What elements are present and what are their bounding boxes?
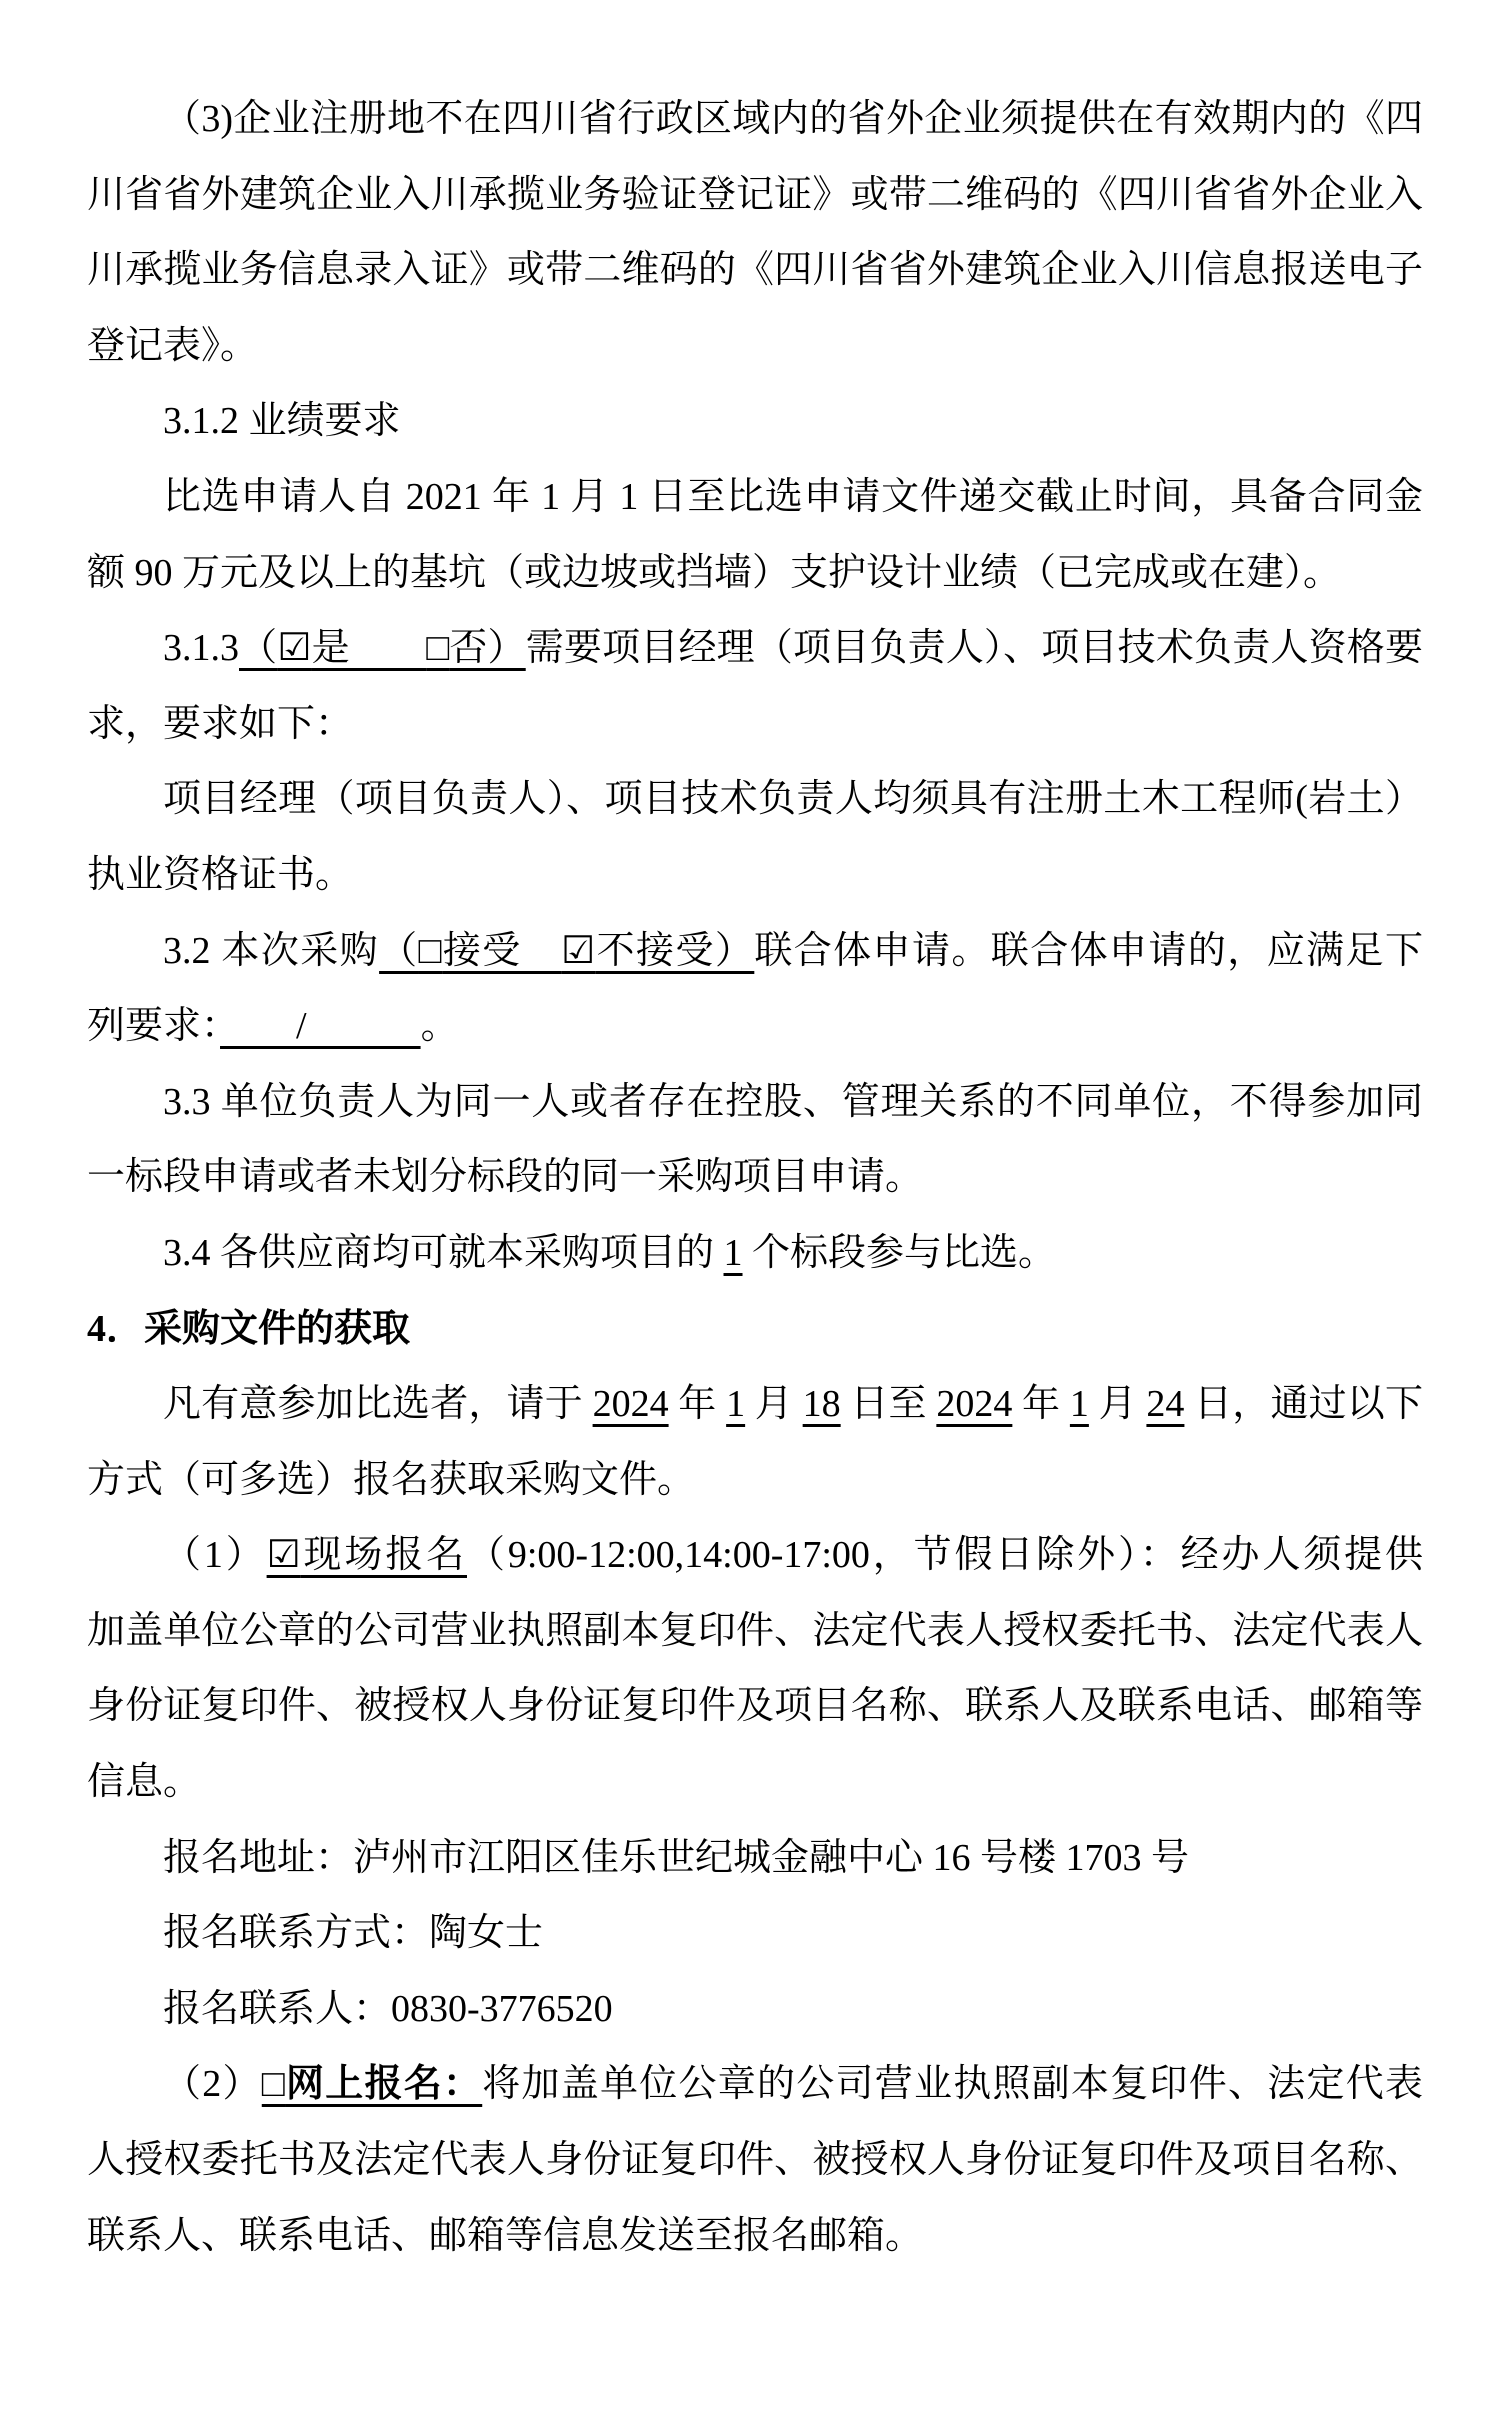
text-run: 日至 [841,1383,937,1425]
text-run: 现场报名 [301,1534,467,1576]
text-run: 比选申请人自 2021 年 1 月 1 日至比选申请文件递交截止时间，具备合同金 [163,476,1423,518]
text-run: 额 90 万元及以上的基坑（或边坡或挡墙）支护设计业绩（已完成或在建）。 [87,552,1341,594]
checkbox-checked-icon: ☑ [277,627,311,669]
text-line: 联系人、联系电话、邮箱等信息发送至报名邮箱。 [87,2199,1423,2275]
text-run: 2024 [936,1383,1012,1425]
text-run: 项目经理（项目负责人）、项目技术负责人均须具有注册土木工程师(岩土） [163,778,1423,820]
section-heading: 4．采购文件的获取 [87,1292,1423,1368]
text-line: 加盖单位公章的公司营业执照副本复印件、法定代表人授权委托书、法定代表人 [87,1594,1423,1670]
text-run: 1 [726,1383,745,1425]
text-run: 3.1.2 业绩要求 [163,400,401,442]
text-run: 方式（可多选）报名获取采购文件。 [87,1459,695,1501]
text-run: 是 [311,627,426,669]
clause-line: 3.1.3（☑是 □否）需要项目经理（项目负责人）、项目技术负责人资格要 [87,611,1423,687]
text-run: 2024 [593,1383,669,1425]
clause-line: 3.4 各供应商均可就本采购项目的 1 个标段参与比选。 [87,1216,1423,1292]
text-run: 3.1.3 [163,627,239,669]
text-run: 否） [449,627,525,669]
text-run: 年 [1012,1383,1070,1425]
registration-phone-line: 报名联系人：0830-3776520 [87,1972,1423,2048]
text-run: 将加盖单位公章的公司营业执照副本复印件、法定代表 [482,2063,1423,2105]
text-run: 执业资格证书。 [87,854,353,896]
text-run: 。 [421,1005,459,1047]
clause-line: 3.3 单位负责人为同一人或者存在控股、管理关系的不同单位，不得参加同 [87,1065,1423,1141]
text-run: 列要求： [87,1005,220,1047]
text-run: 3.4 各供应商均可就本采购项目的 [163,1232,724,1274]
text-run: 月 [745,1383,803,1425]
text-line: 人授权委托书及法定代表人身份证复印件、被授权人身份证复印件及项目名称、 [87,2123,1423,2199]
text-run: 报名联系方式：陶女士 [163,1912,543,1954]
text-run: 月 [1089,1383,1147,1425]
text-run: 人授权委托书及法定代表人身份证复印件、被授权人身份证复印件及项目名称、 [87,2139,1423,2181]
document-page: （3)企业注册地不在四川省行政区域内的省外企业须提供在有效期内的《四川省省外建筑… [0,0,1500,2435]
text-run: 个标段参与比选。 [743,1232,1057,1274]
checkbox-checked-icon: ☑ [267,1534,301,1576]
text-run: 1 [1070,1383,1089,1425]
text-run: 加盖单位公章的公司营业执照副本复印件、法定代表人授权委托书、法定代表人 [87,1610,1423,1652]
text-run: 身份证复印件、被授权人身份证复印件及项目名称、联系人及联系电话、邮箱等 [87,1685,1423,1727]
text-line: 求，要求如下： [87,687,1423,763]
text-line: 项目经理（项目负责人）、项目技术负责人均须具有注册土木工程师(岩土） [87,762,1423,838]
list-item-line: （2）□网上报名：将加盖单位公章的公司营业执照副本复印件、法定代表 [87,2047,1423,2123]
text-line: （3)企业注册地不在四川省行政区域内的省外企业须提供在有效期内的《四 [87,82,1423,158]
text-run: （2） [163,2063,262,2105]
text-run: 网上报名： [286,2063,482,2105]
text-run: 不接受） [595,930,754,972]
text-run: 4．采购文件的获取 [87,1308,410,1350]
text-line: 凡有意参加比选者，请于 2024 年 1 月 18 日至 2024 年 1 月 … [87,1367,1423,1443]
text-line: 方式（可多选）报名获取采购文件。 [87,1443,1423,1519]
text-line: 登记表》。 [87,309,1423,385]
clause-line: 3.2 本次采购（□接受 ☑不接受）联合体申请。联合体申请的，应满足下 [87,914,1423,990]
text-run: （3)企业注册地不在四川省行政区域内的省外企业须提供在有效期内的《四 [163,98,1423,140]
text-run: 日，通过以下 [1184,1383,1423,1425]
text-run: 信息。 [87,1761,201,1803]
text-run: （9:00-12:00,14:00-17:00，节假日除外）：经办人须提供 [467,1534,1423,1576]
text-run: 1 [724,1232,743,1274]
registration-address-line: 报名地址：泸州市江阳区佳乐世纪城金融中心 16 号楼 1703 号 [87,1821,1423,1897]
text-run: 求，要求如下： [87,703,353,745]
text-run: 川承揽业务信息录入证》或带二维码的《四川省省外建筑企业入川信息报送电子 [87,249,1423,291]
text-run: 联系人、联系电话、邮箱等信息发送至报名邮箱。 [87,2215,923,2257]
text-run: 登记表》。 [87,325,258,367]
text-run: 年 [669,1383,727,1425]
text-line: 身份证复印件、被授权人身份证复印件及项目名称、联系人及联系电话、邮箱等 [87,1669,1423,1745]
checkbox-unchecked-icon: □ [419,930,443,972]
text-run: 24 [1146,1383,1184,1425]
text-run: （ [239,627,277,669]
text-line: 执业资格证书。 [87,838,1423,914]
text-line: 一标段申请或者未划分标段的同一采购项目申请。 [87,1140,1423,1216]
text-line: 川承揽业务信息录入证》或带二维码的《四川省省外建筑企业入川信息报送电子 [87,233,1423,309]
registration-contact-line: 报名联系方式：陶女士 [87,1896,1423,1972]
clause-heading-line: 3.1.2 业绩要求 [87,384,1423,460]
text-run: 接受 [443,930,561,972]
checkbox-unchecked-icon: □ [426,627,449,669]
text-line: 信息。 [87,1745,1423,1821]
text-run: 报名联系人：0830-3776520 [163,1988,613,2030]
text-run: （1） [163,1534,267,1576]
text-line: 川省省外建筑企业入川承揽业务验证登记证》或带二维码的《四川省省外企业入 [87,158,1423,234]
text-run: 18 [803,1383,841,1425]
text-run: 需要项目经理（项目负责人）、项目技术负责人资格要 [526,627,1423,669]
text-run: 3.2 本次采购 [163,930,379,972]
text-run: 联合体申请。联合体申请的，应满足下 [754,930,1423,972]
text-run: （ [379,930,418,972]
text-run: 报名地址：泸州市江阳区佳乐世纪城金融中心 16 号楼 1703 号 [163,1837,1189,1879]
text-run: 3.3 单位负责人为同一人或者存在控股、管理关系的不同单位，不得参加同 [163,1081,1423,1123]
text-line: 额 90 万元及以上的基坑（或边坡或挡墙）支护设计业绩（已完成或在建）。 [87,536,1423,612]
text-run: 凡有意参加比选者，请于 [163,1383,593,1425]
list-item-line: （1）☑现场报名（9:00-12:00,14:00-17:00，节假日除外）：经… [87,1518,1423,1594]
checkbox-checked-icon: ☑ [561,930,595,972]
text-run: / [220,1005,421,1047]
text-run: 一标段申请或者未划分标段的同一采购项目申请。 [87,1156,923,1198]
text-line: 列要求： / 。 [87,989,1423,1065]
text-run: 川省省外建筑企业入川承揽业务验证登记证》或带二维码的《四川省省外企业入 [87,174,1423,216]
text-line: 比选申请人自 2021 年 1 月 1 日至比选申请文件递交截止时间，具备合同金 [87,460,1423,536]
checkbox-unchecked-icon: □ [262,2063,286,2105]
